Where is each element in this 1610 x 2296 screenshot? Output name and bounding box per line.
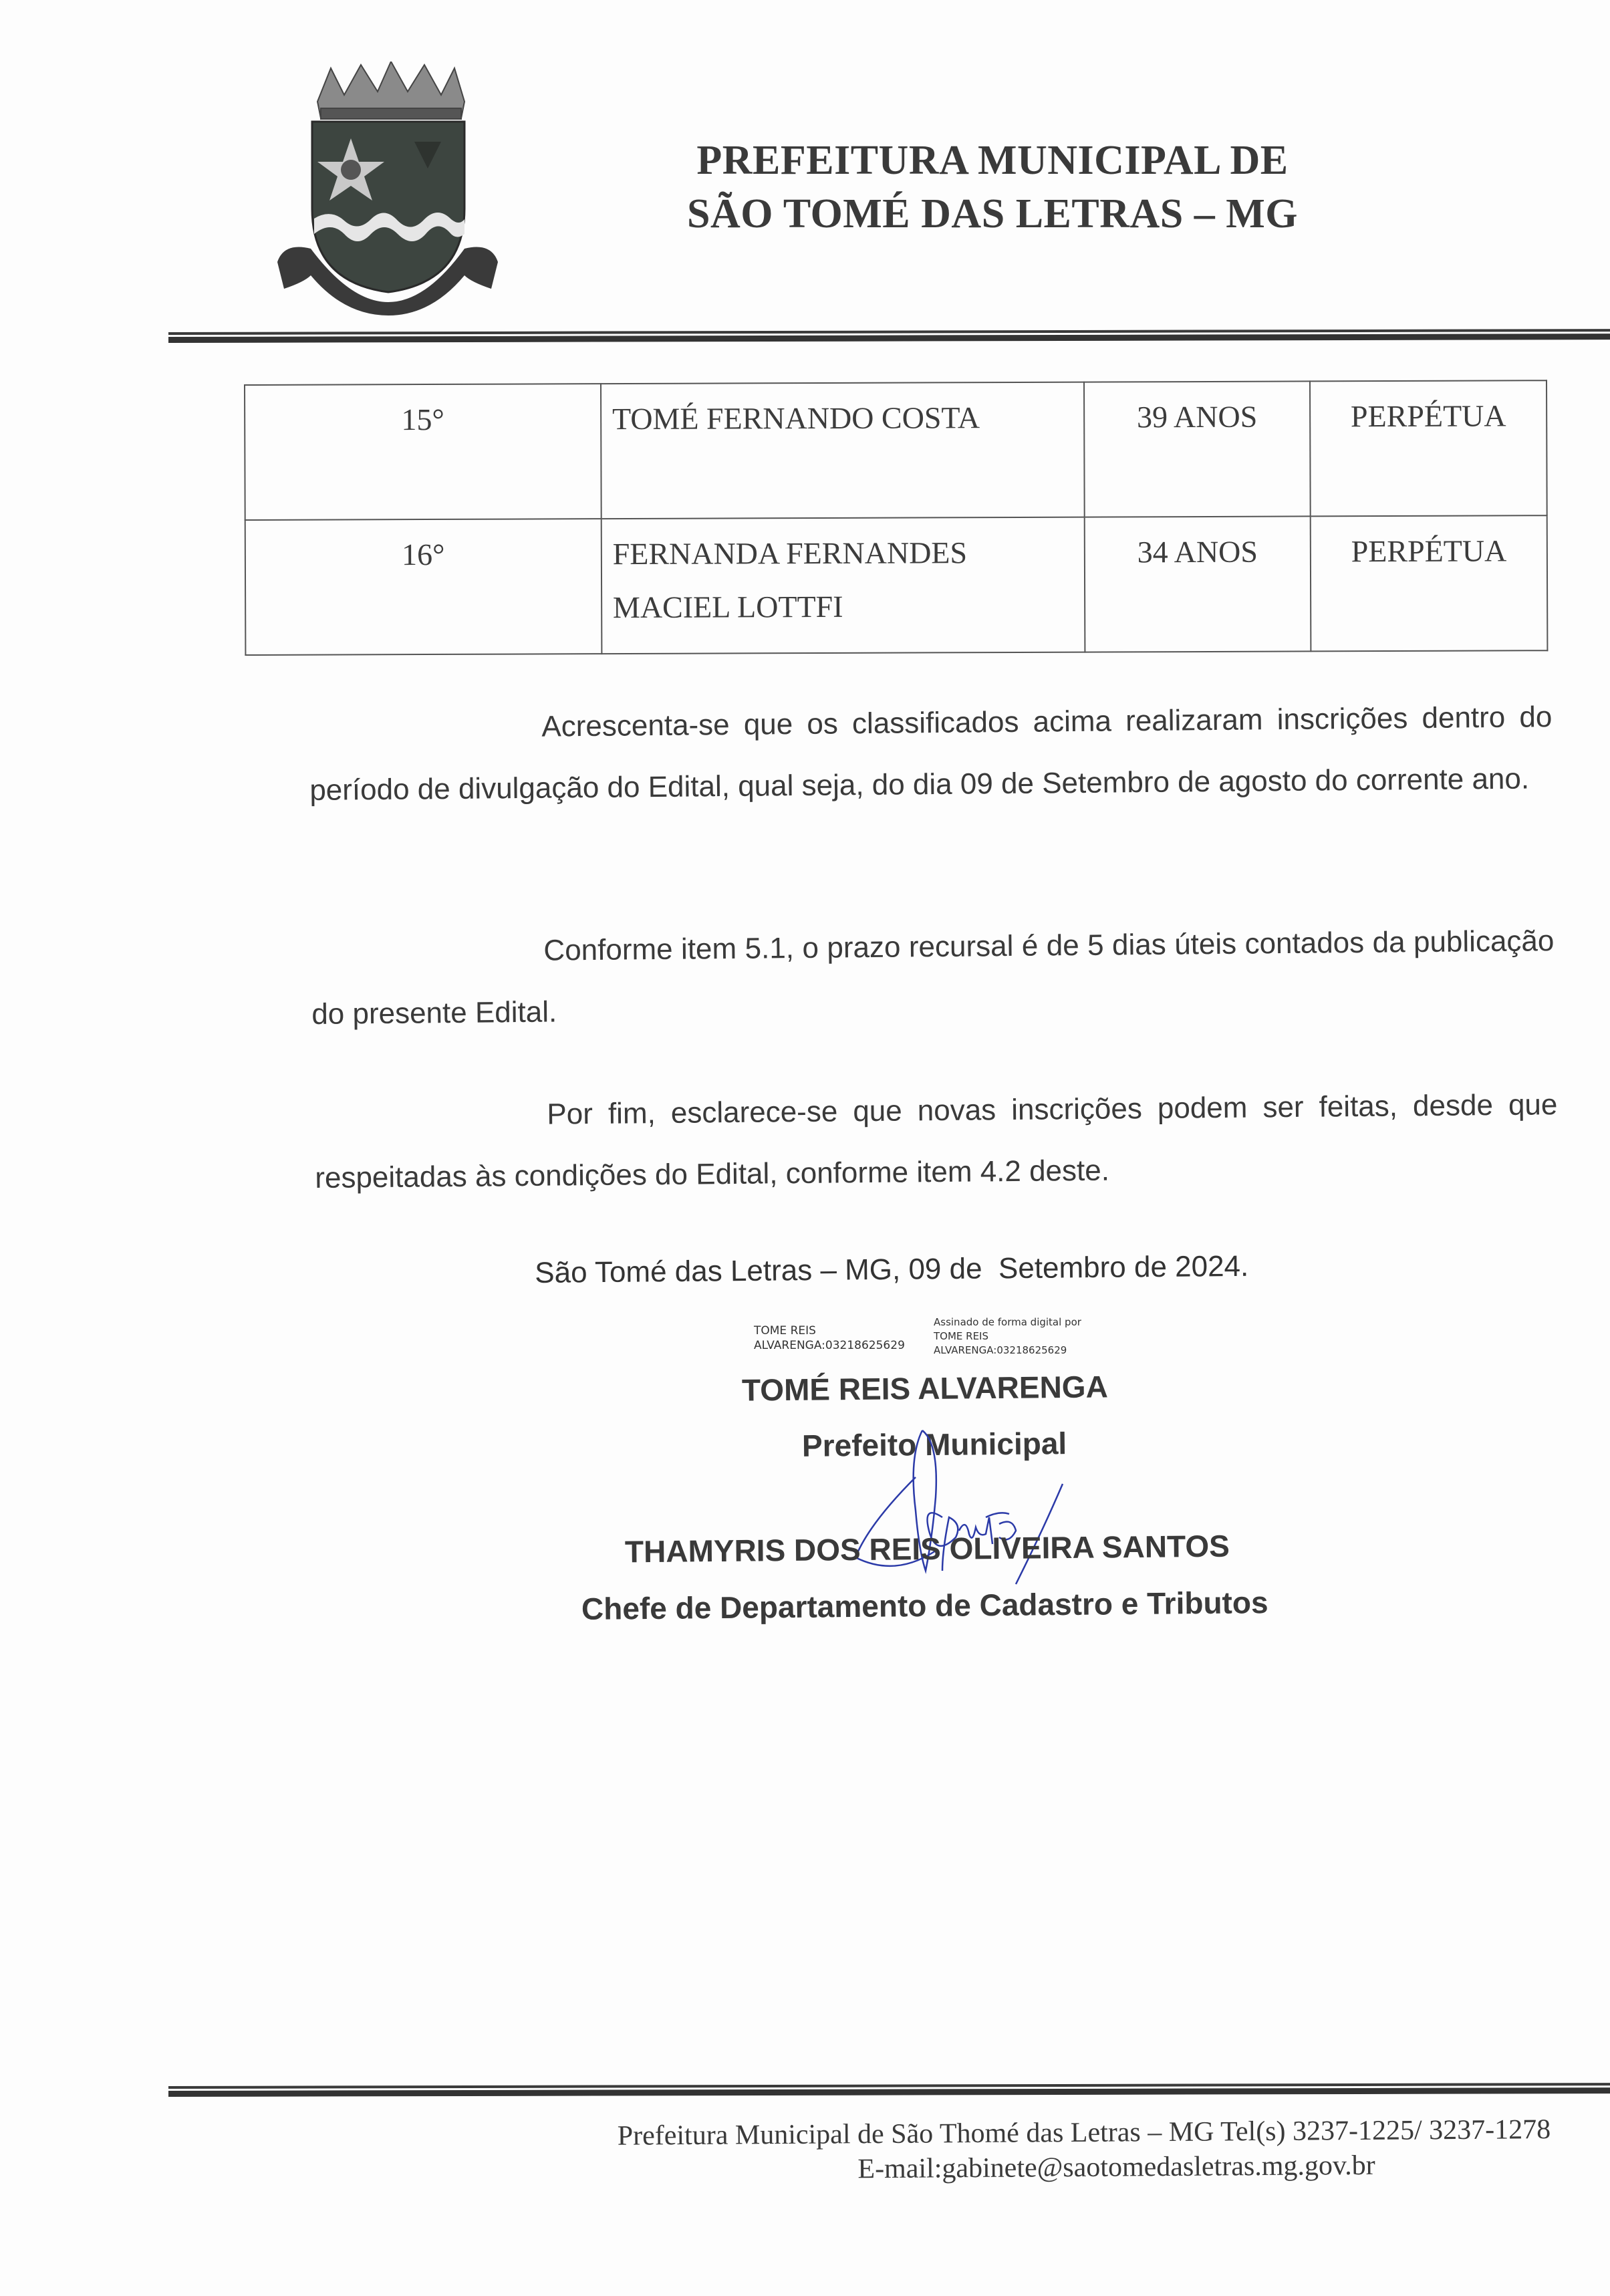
municipal-crest-icon [271,61,505,315]
paragraph-registrations: Acrescenta-se que os classificados acima… [309,686,1553,821]
stamp-line: TOME REIS [934,1329,1081,1344]
name-line: TOMÉ FERNANDO COSTA [612,391,1073,446]
table-row: 16° FERNANDA FERNANDES MACIEL LOTTFI 34 … [245,515,1548,655]
paragraph-text: Por fim, esclarece-se que novas inscriçõ… [315,1088,1558,1194]
paragraph-text: Acrescenta-se que os classificados acima… [309,700,1553,807]
name-line: MACIEL LOTTFI [613,580,1073,634]
mayor-name: TOMÉ REIS ALVARENGA [742,1368,1108,1408]
status-cell: PERPÉTUA [1311,515,1547,651]
classification-table: 15° TOMÉ FERNANDO COSTA 39 ANOS PERPÉTUA… [244,380,1548,656]
paragraph-text: Conforme item 5.1, o prazo recursal é de… [311,924,1555,1031]
name-cell: TOMÉ FERNANDO COSTA [601,382,1085,519]
stamp-line: TOME REIS [754,1323,905,1338]
department-chief-role: Chefe de Departamento de Cadastro e Trib… [581,1584,1268,1627]
stamp-line: ALVARENGA:03218625629 [754,1338,905,1353]
table-row: 15° TOMÉ FERNANDO COSTA 39 ANOS PERPÉTUA [245,380,1547,520]
name-cell: FERNANDA FERNANDES MACIEL LOTTFI [601,517,1085,654]
position-cell: 15° [245,384,601,520]
name-line: FERNANDA FERNANDES [613,526,1073,581]
place-date-line: São Tomé das Letras – MG, 09 de Setembro… [535,1250,1248,1290]
footer-contact: Prefeitura Municipal de São Thomé das Le… [401,2112,1551,2190]
age-cell: 39 ANOS [1084,381,1311,517]
stamp-line: ALVARENGA:03218625629 [934,1344,1081,1358]
digital-signature-details: Assinado de forma digital por TOME REIS … [934,1315,1081,1358]
title-line-1: PREFEITURA MUNICIPAL DE [642,134,1343,187]
title-line-2: SÃO TOMÉ DAS LETRAS – MG [642,187,1343,241]
digital-signature-name: TOME REIS ALVARENGA:03218625629 [754,1323,905,1353]
footer-email: E-mail:gabinete@saotomedasletras.mg.gov.… [401,2147,1551,2190]
age-cell: 34 ANOS [1084,516,1311,652]
paragraph-appeal-period: Conforme item 5.1, o prazo recursal é de… [311,910,1555,1045]
page-title: PREFEITURA MUNICIPAL DE SÃO TOMÉ DAS LET… [642,134,1343,241]
footer-divider [168,2083,1610,2097]
paragraph-new-registrations: Por fim, esclarece-se que novas inscriçõ… [314,1074,1559,1209]
stamp-line: Assinado de forma digital por [934,1315,1081,1329]
department-chief-name: THAMYRIS DOS REIS OLIVEIRA SANTOS [625,1528,1230,1570]
position-cell: 16° [245,519,602,655]
header-divider [168,329,1610,343]
status-cell: PERPÉTUA [1310,380,1547,516]
